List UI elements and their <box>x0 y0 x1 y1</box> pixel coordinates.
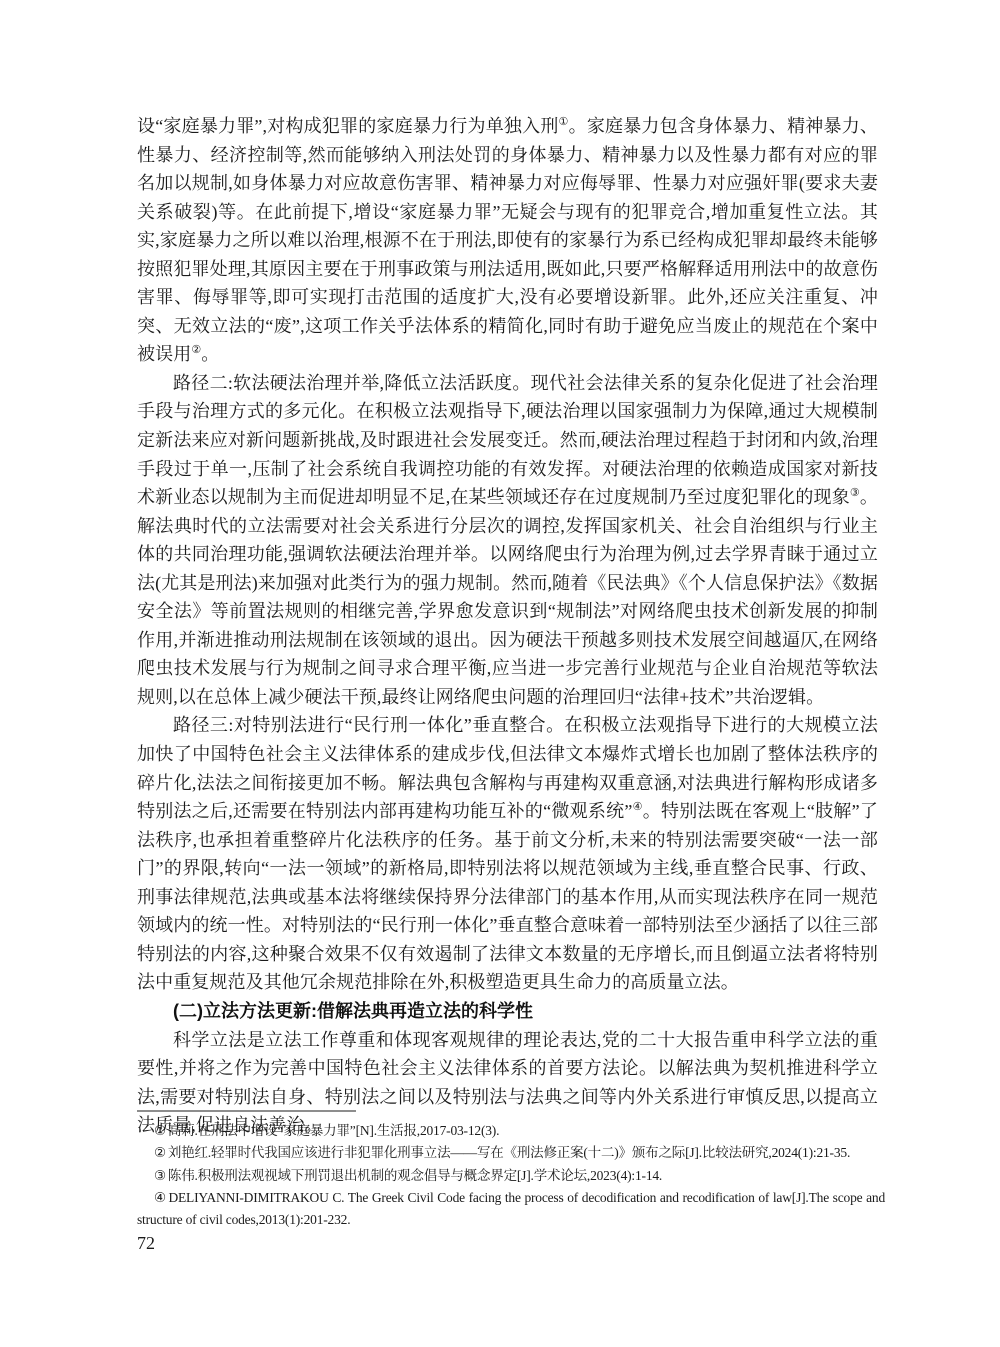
footnote-ref: ① <box>559 116 569 128</box>
footnote-marker: ④ <box>154 1190 166 1205</box>
footnote-item: ①高莉.在刑法中增设“家庭暴力罪”[N].生活报,2017-03-12(3). <box>137 1120 885 1142</box>
body-paragraph: 路径三:对特别法进行“民行刑一体化”垂直整合。在积极立法观指导下进行的大规模立法… <box>137 711 878 996</box>
footnote-text: 刘艳红.轻罪时代我国应该进行非犯罪化刑事立法——写在《刑法修正案(十二)》颁布之… <box>168 1145 850 1160</box>
footnote-marker: ② <box>154 1145 166 1160</box>
footnote-text: DELIYANNI-DIMITRAKOU C. The Greek Civil … <box>137 1190 885 1227</box>
footnote-ref: ③ <box>850 487 860 499</box>
footnote-text: 陈伟.积极刑法观视域下刑罚退出机制的观念倡导与概念界定[J].学术论坛,2023… <box>168 1168 662 1183</box>
footnote-item: ④DELIYANNI-DIMITRAKOU C. The Greek Civil… <box>137 1187 885 1232</box>
footnote-ref: ② <box>191 344 201 356</box>
section-heading: (二)立法方法更新:借解法典再造立法的科学性 <box>137 997 878 1026</box>
body-paragraph: 路径二:软法硬法治理并举,降低立法活跃度。现代社会法律关系的复杂化促进了社会治理… <box>137 369 878 712</box>
footnote-ref: ④ <box>632 801 642 813</box>
footnote-area: ①高莉.在刑法中增设“家庭暴力罪”[N].生活报,2017-03-12(3).②… <box>137 1110 885 1231</box>
page-number: 72 <box>137 1233 155 1254</box>
footnote-marker: ① <box>154 1123 166 1138</box>
document-page: { "page_number": "72", "colors": { "pape… <box>0 0 1000 1347</box>
footnote-item: ③陈伟.积极刑法观视域下刑罚退出机制的观念倡导与概念界定[J].学术论坛,202… <box>137 1165 885 1187</box>
text-column: 设“家庭暴力罪”,对构成犯罪的家庭暴力行为单独入刑①。家庭暴力包含身体暴力、精神… <box>137 112 878 1140</box>
footnote-item: ②刘艳红.轻罪时代我国应该进行非犯罪化刑事立法——写在《刑法修正案(十二)》颁布… <box>137 1142 885 1164</box>
footnote-marker: ③ <box>154 1168 166 1183</box>
footnote-list: ①高莉.在刑法中增设“家庭暴力罪”[N].生活报,2017-03-12(3).②… <box>137 1120 885 1231</box>
footnote-separator <box>137 1110 356 1112</box>
footnote-text: 高莉.在刑法中增设“家庭暴力罪”[N].生活报,2017-03-12(3). <box>168 1123 499 1138</box>
body-paragraph: 设“家庭暴力罪”,对构成犯罪的家庭暴力行为单独入刑①。家庭暴力包含身体暴力、精神… <box>137 112 878 369</box>
